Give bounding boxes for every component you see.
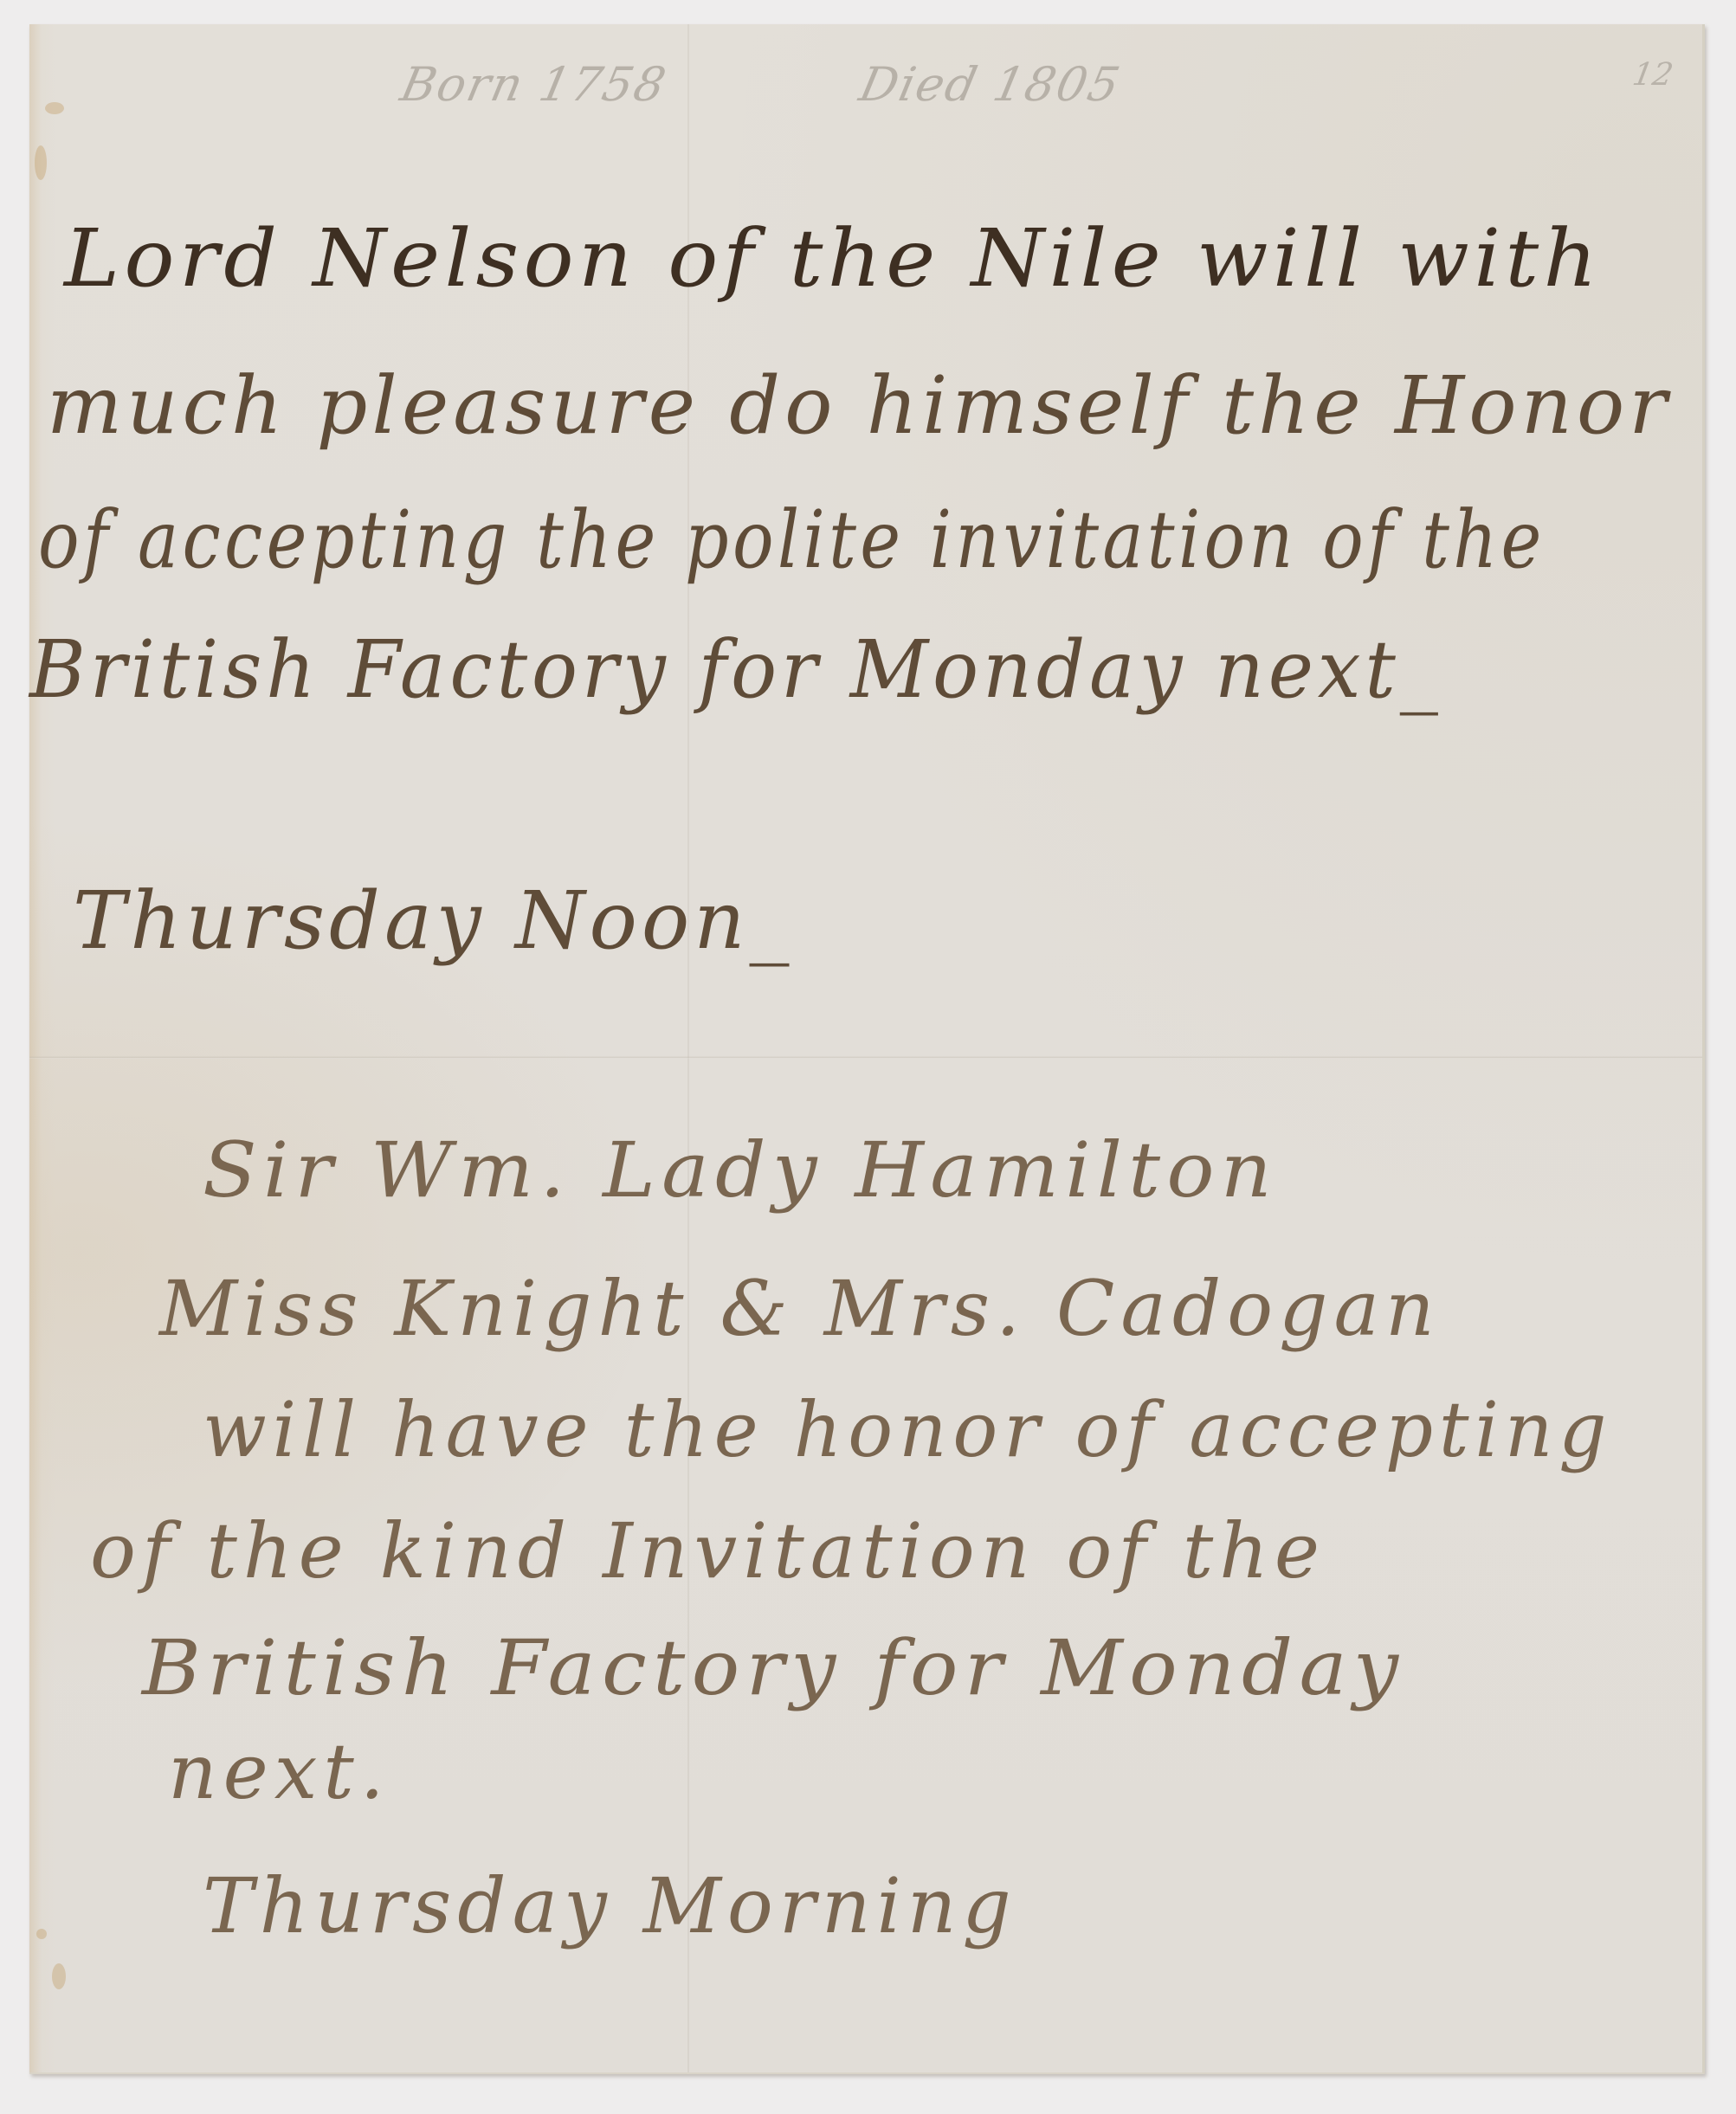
hamilton-line-2: Miss Knight & Mrs. Cadogan: [159, 1271, 1441, 1347]
foxing-stain: [36, 1929, 47, 1939]
nelson-line-4: British Factory for Monday next_: [29, 630, 1442, 710]
nelson-line-1: Lord Nelson of the Nile will with: [64, 219, 1602, 299]
foxing-stain: [45, 102, 64, 114]
foxing-stain: [35, 145, 47, 180]
hamilton-line-1: Sir Wm. Lady Hamilton: [203, 1132, 1278, 1208]
hamilton-line-6: next.: [168, 1734, 390, 1810]
nelson-dateline: Thursday Noon_: [73, 881, 794, 961]
foxing-stain: [52, 1963, 66, 1989]
nelson-line-2: much pleasure do himself the Honor: [47, 366, 1671, 446]
horizontal-fold-line: [29, 1056, 1702, 1059]
hamilton-line-4: of the kind Invitation of the: [90, 1513, 1326, 1589]
pencil-annotation-died: Died 1805: [855, 57, 1126, 112]
pencil-annotation-born: Born 1758: [396, 57, 672, 112]
hamilton-line-3: will have the honor of accepting: [203, 1392, 1612, 1468]
hamilton-line-5: British Factory for Monday: [142, 1630, 1404, 1706]
letter-sheet: Born 1758 Died 1805 12 Lord Nelson of th…: [29, 24, 1705, 2074]
nelson-line-3: of accepting the polite invitation of th…: [38, 500, 1546, 580]
hamilton-dateline: Thursday Morning: [203, 1868, 1017, 1944]
pencil-corner-mark: 12: [1630, 57, 1675, 93]
